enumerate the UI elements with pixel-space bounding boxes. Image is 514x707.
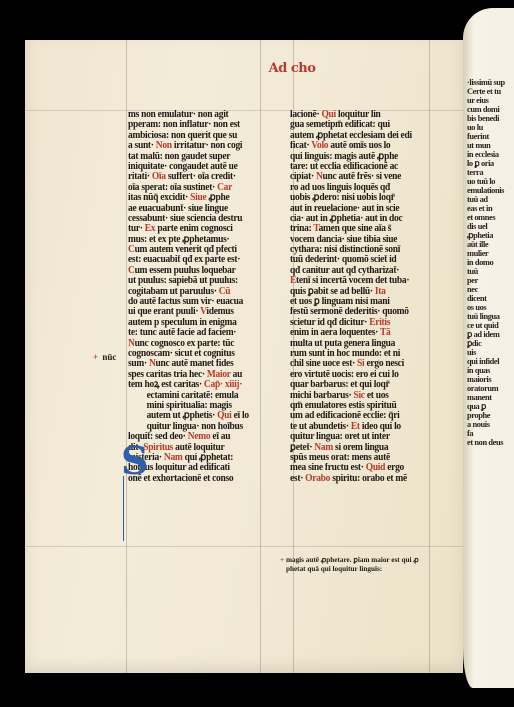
text-line: enim in aera loquentes· Tā	[290, 328, 430, 338]
text-line: ae euacuabunt̄· siue lingue	[128, 204, 263, 214]
rubric-text: Quid	[366, 463, 385, 473]
ruling-line	[25, 546, 463, 547]
rubric-text: Volo	[311, 141, 328, 151]
body-text: aut in reuelacione· aut in scie	[290, 204, 399, 214]
text-line: tat malū: non gaudet super	[128, 152, 263, 162]
text-line: cogitabam ut paruulus· Cū	[128, 287, 263, 297]
text-line: scietur id qđ dicitur· Eritis	[290, 318, 430, 328]
next-page-edge: ⸸ ⸸ ·lissimū supCerte et tuur eiuscum do…	[463, 8, 514, 688]
body-text: cipiat·	[290, 172, 316, 182]
body-text: tuū dederint· quomō sciet̄ id	[290, 255, 396, 265]
body-text: qui ꝓphetat:	[183, 453, 234, 463]
rubric-text: Non	[156, 141, 172, 151]
text-line: vocem dancia· siue tibia siue	[290, 235, 430, 245]
body-text: michi barbarus·	[290, 391, 353, 401]
body-text: oīa sperat: oīa sustinet·	[128, 183, 217, 193]
body-text: unc autē manet fides	[156, 359, 234, 369]
body-text: sum·	[128, 359, 149, 369]
rubric-text: Eritis	[369, 318, 390, 328]
ruling-line	[126, 40, 127, 673]
next-page-line: et non deus	[467, 438, 514, 447]
rubric-text: Nemo	[188, 432, 211, 442]
body-text: et uos ꝑ linguam nisi mani	[290, 297, 390, 307]
next-page-line: uo tuū lo	[467, 177, 514, 186]
body-text: si orem lingua	[333, 443, 388, 453]
next-page-line: ꝑ ad idem	[467, 330, 514, 339]
manuscript-page: Ad cho + nūc ms non emulatur· non agitpp…	[25, 40, 463, 673]
rubric-text: Car	[217, 183, 232, 193]
next-page-line: ꝑdic	[467, 339, 514, 348]
body-text: spiritu: orabo et mē	[330, 474, 407, 484]
text-line: sum· Nunc autē manet fides	[128, 359, 263, 369]
body-text: festū sermonē dederitis· quomō	[290, 307, 409, 317]
body-text: irritatur· non cogi	[172, 141, 242, 151]
text-column-2: lacionē· Qui loquitur lingua semetipm̄ e…	[290, 110, 430, 484]
text-line: cia· aut in ꝓphetia· aut in doc	[290, 214, 430, 224]
next-page-line: tuū	[467, 267, 514, 276]
rubric-text: Orabo	[305, 474, 330, 484]
body-text: mus: et ex pte ꝓphetamus·	[128, 235, 229, 245]
next-page-text-column: ⸸ ⸸ ·lissimū supCerte et tuur eiuscum do…	[467, 78, 514, 447]
body-text: cythara: nisi distinctionē sonī	[290, 245, 400, 255]
text-line: ectamini caritatē: emula	[128, 391, 263, 401]
footnote-mark-icon: +	[280, 556, 284, 565]
rubric-text: Sic	[353, 391, 364, 401]
body-text: trina:	[290, 224, 313, 234]
footnote: + magis autē ꝓphetare. ꝑiam maior est qu…	[286, 556, 419, 574]
text-line: rum sunt in hoc mundo: et ni	[290, 349, 430, 359]
text-line: a sunt· Non irritatur· non cogi	[128, 141, 263, 151]
text-line: gua semetipm̄ edificat: qui	[290, 120, 430, 130]
margin-note: + nūc	[93, 352, 116, 362]
text-line: mus: et ex pte ꝓphetamus·	[128, 235, 263, 245]
text-line: lacionē· Qui loquitur lin	[290, 110, 430, 120]
text-line: quitur lingua· non hoībus	[128, 422, 263, 432]
rubric-text: Nam	[164, 453, 183, 463]
body-text: eī au	[210, 432, 230, 442]
rubric-text: Ex	[145, 224, 156, 234]
rubric-text: Ita	[375, 287, 386, 297]
rubric-text: Siue	[190, 193, 206, 203]
body-text: quitur lingua· non hoībus	[147, 422, 243, 432]
text-line: iniquitate· congaudet autē ue	[128, 162, 263, 172]
next-page-line: bis benedi	[467, 114, 514, 123]
next-page-line: tuū ad	[467, 195, 514, 204]
body-text: est·	[290, 474, 305, 484]
text-line: trina: Tamen que sine aīa s̄	[290, 224, 430, 234]
body-text: itas nūq̄ excidit·	[128, 193, 190, 203]
text-line: ritati· Oīa suffert· oīa credit·	[128, 172, 263, 182]
body-text: mini spiritualia: magis	[147, 401, 232, 411]
body-text: au	[231, 370, 243, 380]
next-page-line: uis	[467, 348, 514, 357]
body-text: mea sine fructu est·	[290, 463, 366, 473]
text-line: quis ꝑabit se ad bellū· Ita	[290, 287, 430, 297]
next-page-line: cum domi	[467, 105, 514, 114]
footnote-line: magis autē ꝓphetare. ꝑiam maior est qui …	[286, 556, 419, 565]
body-text: autē loquitur	[173, 443, 224, 453]
text-line: tur· Ex parte enim cognosci	[128, 224, 263, 234]
body-text: ideo qui lo	[360, 422, 401, 432]
body-text: ergo nesci	[364, 359, 404, 369]
rubric-text: Qui	[321, 110, 335, 120]
text-line: ficat· Volo autē omīs uos lo	[290, 141, 430, 151]
text-line: qm̄ emulatores estis spirituū	[290, 401, 430, 411]
text-line: cognoscam· sicut et cognitus	[128, 349, 263, 359]
text-line: cythara: nisi distinctionē sonī	[290, 245, 430, 255]
body-text: chil sine uoce est·	[290, 359, 357, 369]
text-line: te: tunc autē facie ad faciem·	[128, 328, 263, 338]
body-text: eī lo	[232, 411, 249, 421]
text-line: festū sermonē dederitis· quomō	[290, 307, 430, 317]
body-text: autem ut ꝓphetis·	[147, 411, 217, 421]
body-text: um essem puulus loquebar	[135, 266, 236, 276]
text-line: ro ad uos linguis loquēs qđ	[290, 183, 430, 193]
next-page-line: per	[467, 276, 514, 285]
decorated-initial: S	[121, 442, 148, 480]
body-text: tur·	[128, 224, 145, 234]
text-line: te ut abundetis· Et ideo qui lo	[290, 422, 430, 432]
body-text: multa ut puta genera lingua	[290, 339, 395, 349]
body-text: cia· aut in ꝓphetia· aut in doc	[290, 214, 402, 224]
body-text: parte enim cognosci	[155, 224, 232, 234]
text-line: ms non emulatur· non agit	[128, 110, 263, 120]
text-line: qui linguis: magis autē ꝓphe	[290, 152, 430, 162]
text-line: itas nūq̄ excidit· Siue ꝓphe	[128, 193, 263, 203]
body-text: ergo	[385, 463, 404, 473]
next-page-line: ut mun	[467, 141, 514, 150]
body-text: ꝓphe	[206, 193, 229, 203]
body-text: tem hoꝝ est caritas·	[128, 380, 204, 390]
body-text: qui linguis: magis autē ꝓphe	[290, 152, 398, 162]
body-text: scietur id qđ dicitur·	[290, 318, 369, 328]
next-page-line: oratorum	[467, 384, 514, 393]
body-text: ms non emulatur· non agit	[128, 110, 228, 120]
text-line: est· Orabo spiritu: orabo et mē	[290, 474, 430, 484]
text-line: oīa sperat: oīa sustinet· Car	[128, 183, 263, 193]
next-page-line: uo lu	[467, 123, 514, 132]
next-page-line: in ecclesia	[467, 150, 514, 159]
body-text: ro ad uos linguis loquēs qđ	[290, 183, 390, 193]
body-text: et uos	[365, 391, 389, 401]
body-text: te: tunc autē facie ad faciem·	[128, 328, 236, 338]
body-text: qđ canitur aut qđ cytharizat̄·	[290, 266, 399, 276]
rubric-text: Nam	[314, 443, 333, 453]
next-page-line: terra	[467, 168, 514, 177]
next-page-line: os uos	[467, 303, 514, 312]
body-text: cognoscam· sicut et cognitus	[128, 349, 235, 359]
text-line: Etenī si incertā vocem det tuba·	[290, 276, 430, 286]
next-page-line: fuerint	[467, 132, 514, 141]
text-line: ui que erant puuli· Videmus	[128, 307, 263, 317]
next-page-line: dicent	[467, 294, 514, 303]
text-line: ero virtutē uocis: ero ei cui lo	[290, 370, 430, 380]
body-text: gua semetipm̄ edificat: qui	[290, 120, 390, 130]
margin-note-text: nūc	[102, 352, 116, 362]
body-text: pperam: non inflatur· non est	[128, 120, 240, 130]
text-line: um ad edificacionē ecclie: q̄ri	[290, 411, 430, 421]
next-page-line: eas et in	[467, 204, 514, 213]
text-line: cipiat· Nunc autē frēs· si vene	[290, 172, 430, 182]
body-text: uobis ꝓdero: nisi uobis loqr̄	[290, 193, 395, 203]
text-line: qđ canitur aut qđ cytharizat̄·	[290, 266, 430, 276]
text-line: pperam: non inflatur· non est	[128, 120, 263, 130]
text-line: tare: ut ecclia edificacionē ac	[290, 162, 430, 172]
next-page-line: emulationis	[467, 186, 514, 195]
body-text: cessabunt· siue sciencia destru	[128, 214, 242, 224]
body-text: iniquitate· congaudet autē ue	[128, 162, 238, 172]
body-text: autem p speculum in enigma	[128, 318, 237, 328]
text-line: do autē factus sum vir· euacua	[128, 297, 263, 307]
text-line: autem ut ꝓphetis· Qui eī lo	[128, 411, 263, 421]
body-text: ficat·	[290, 141, 311, 151]
text-line: spūs meus orat: mens autē	[290, 453, 430, 463]
running-header: Ad cho	[257, 61, 327, 76]
text-line: Nunc cognosco ex parte: tūc	[128, 339, 263, 349]
body-text: um ad edificacionē ecclie: q̄ri	[290, 411, 400, 421]
next-page-line: Certe et tu	[467, 87, 514, 96]
rubric-text: Oīa	[152, 172, 166, 182]
next-page-line: in quas	[467, 366, 514, 375]
rubric-text: Qui	[217, 411, 231, 421]
body-text: ꝑetet̄·	[290, 443, 314, 453]
text-line: autem ꝓphetat ecclesiam dei edi	[290, 131, 430, 141]
text-line: ꝑetet̄· Nam si orem lingua	[290, 443, 430, 453]
next-page-line: lo ꝑ oria	[467, 159, 514, 168]
text-line: ut puulus: sapiebā ut puulus:	[128, 276, 263, 286]
text-line: michi barbarus· Sic et uos	[290, 391, 430, 401]
footnote-line: phetat quā qui loquitur linguis:	[286, 565, 419, 574]
body-text: unc cognosco ex parte: tūc	[135, 339, 235, 349]
body-text: autē omīs uos lo	[328, 141, 390, 151]
body-text: unc autē frēs· si vene	[323, 172, 402, 182]
body-text: spūs meus orat: mens autē	[290, 453, 390, 463]
rubric-text: Et	[351, 422, 360, 432]
text-line: et uos ꝑ linguam nisi mani	[290, 297, 430, 307]
text-line: uobis ꝓdero: nisi uobis loqr̄	[290, 193, 430, 203]
body-text: loquitur lin	[336, 110, 381, 120]
body-text: ritati·	[128, 172, 152, 182]
next-page-line: ·lissimū sup	[467, 78, 514, 87]
body-text: tenī si incertā vocem det tuba·	[296, 276, 409, 286]
body-text: a sunt·	[128, 141, 156, 151]
next-page-line: fa	[467, 429, 514, 438]
body-text: est: euacuabit̄ qđ ex parte est·	[128, 255, 240, 265]
body-text: ae euacuabunt̄· siue lingue	[128, 204, 228, 214]
initial-flourish	[123, 476, 126, 541]
next-page-line: a nouis	[467, 420, 514, 429]
rubric-text: Tā	[380, 328, 391, 338]
body-text: ui que erant puuli·	[128, 307, 200, 317]
next-page-line: manent	[467, 393, 514, 402]
text-line: est: euacuabit̄ qđ ex parte est·	[128, 255, 263, 265]
body-text: tat malū: non gaudet super	[128, 152, 230, 162]
rubric-text: Maior	[207, 370, 231, 380]
body-text: cogitabam ut paruulus·	[128, 287, 219, 297]
body-text: ambiciosa: non querit que su	[128, 131, 237, 141]
body-text: tare: ut ecclia edificacionē ac	[290, 162, 398, 172]
next-page-line: nec	[467, 285, 514, 294]
body-text: amen que sine aīa s̄	[319, 224, 392, 234]
body-text: ectamini caritatē: emula	[147, 391, 239, 401]
body-text: suffert· oīa credit·	[166, 172, 236, 182]
text-line: Cum essem puulus loquebar	[128, 266, 263, 276]
rubric-text: Si	[357, 359, 364, 369]
body-text: do autē factus sum vir· euacua	[128, 297, 243, 307]
text-line: quar barbarus: et qui loqr̄	[290, 380, 430, 390]
text-line: tem hoꝝ est caritas· Cap̄· xiiij·	[128, 380, 263, 390]
margin-mark-icon: +	[93, 352, 98, 362]
next-page-line: mulier	[467, 249, 514, 258]
next-page-line: maioris	[467, 375, 514, 384]
text-line: spes caritas tria hec· Maior au	[128, 370, 263, 380]
text-line: mini spiritualia: magis	[128, 401, 263, 411]
body-text: quar barbarus: et qui loqr̄	[290, 380, 389, 390]
next-page-line: qui infidel	[467, 357, 514, 366]
body-text: um autem venerit qđ pfecti	[135, 245, 237, 255]
next-page-line: aūt ille	[467, 240, 514, 249]
next-page-line: ce ut quid	[467, 321, 514, 330]
next-page-line: in domo	[467, 258, 514, 267]
text-line: Cum autem venerit qđ pfecti	[128, 245, 263, 255]
body-text: qm̄ emulatores estis spirituū	[290, 401, 396, 411]
body-text: ero virtutē uocis: ero ei cui lo	[290, 370, 399, 380]
body-text: autem ꝓphetat ecclesiam dei edi	[290, 131, 412, 141]
body-text: rum sunt in hoc mundo: et ni	[290, 349, 400, 359]
text-column-1: ms non emulatur· non agitpperam: non inf…	[128, 110, 263, 484]
body-text: quis ꝑabit se ad bellū·	[290, 287, 375, 297]
next-page-line: qua ꝑ	[467, 402, 514, 411]
body-text: quitur lingua: oret ut inter	[290, 432, 390, 442]
rubric-text: Cū	[219, 287, 231, 297]
next-page-line: prophe	[467, 411, 514, 420]
text-line: chil sine uoce est· Si ergo nesci	[290, 359, 430, 369]
next-page-line: tuū lingua	[467, 312, 514, 321]
rubric-text: Cap̄· xiiij·	[204, 380, 242, 390]
text-line: cessabunt· siue sciencia destru	[128, 214, 263, 224]
text-line: autem p speculum in enigma	[128, 318, 263, 328]
text-line: multa ut puta genera lingua	[290, 339, 430, 349]
next-page-line: dis uel	[467, 222, 514, 231]
body-text: ut puulus: sapiebā ut puulus:	[128, 276, 238, 286]
text-line: mea sine fructu est· Quid ergo	[290, 463, 430, 473]
next-page-line: et omnes	[467, 213, 514, 222]
text-line: tuū dederint· quomō sciet̄ id	[290, 255, 430, 265]
text-line: aut in reuelacione· aut in scie	[290, 204, 430, 214]
next-page-line: ur eius	[467, 96, 514, 105]
body-text: enim in aera loquentes·	[290, 328, 380, 338]
body-text: te ut abundetis·	[290, 422, 351, 432]
body-text: spes caritas tria hec·	[128, 370, 207, 380]
text-line: quitur lingua: oret ut inter	[290, 432, 430, 442]
text-line: ambiciosa: non querit que su	[128, 131, 263, 141]
body-text: idemus	[206, 307, 233, 317]
body-text: lacionē·	[290, 110, 321, 120]
next-page-line: ꝓphetia	[467, 231, 514, 240]
body-text: vocem dancia· siue tibia siue	[290, 235, 397, 245]
